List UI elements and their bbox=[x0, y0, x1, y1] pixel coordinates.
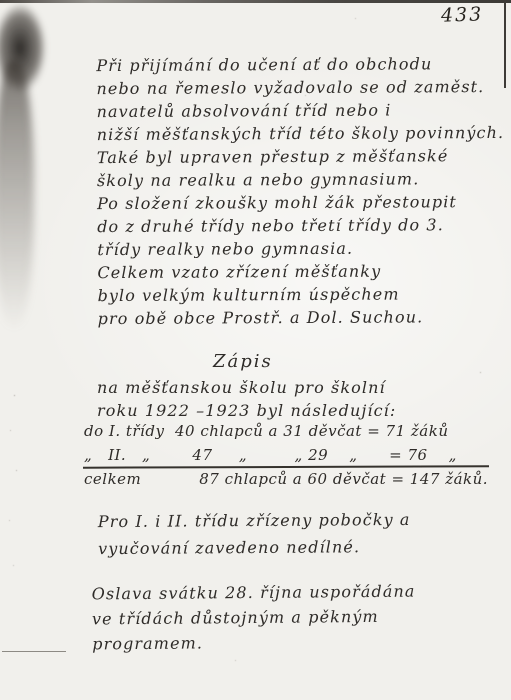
handwritten-line: navatelů absolvování tříd nebo i bbox=[97, 100, 505, 125]
handwritten-line: nižší měšťanských tříd této školy povinn… bbox=[97, 123, 505, 148]
handwritten-line: bylo velkým kulturním úspěchem bbox=[97, 284, 505, 309]
scan-artifact-bottom-mark bbox=[2, 651, 66, 652]
handwritten-line: školy na realku a nebo gymnasium. bbox=[97, 169, 505, 194]
scanned-chronicle-page: 433 Při přijímání do učení ať do obchodu… bbox=[0, 0, 511, 700]
handwritten-line: Oslava svátku 28. října uspořádána bbox=[92, 582, 416, 610]
paragraph-celebration: Oslava svátku 28. října uspořádána ve tř… bbox=[92, 582, 416, 660]
scan-artifact-speckles bbox=[0, 0, 1, 1]
handwritten-line: ve třídách důstojným a pěkným bbox=[92, 607, 416, 635]
handwritten-line: programem. bbox=[92, 632, 416, 660]
paragraph-admissions: Při přijímání do učení ať do obchodu neb… bbox=[96, 54, 505, 332]
handwritten-line: vyučování zavedeno nedílné. bbox=[98, 537, 411, 566]
handwritten-line: Po složení zkoušky mohl žák přestoupit bbox=[97, 192, 505, 217]
enrollment-row-class1: do I. třídy 40 chlapců a 31 děvčat = 71 … bbox=[84, 422, 449, 440]
page-edge-line bbox=[504, 0, 506, 88]
enrollment-row-class2: „ II. „ 47 „ „ 29 „ = 76 „ bbox=[84, 446, 457, 464]
handwritten-line: na měšťanskou školu pro školní bbox=[97, 378, 396, 401]
sum-rule-line bbox=[83, 465, 489, 468]
handwritten-line: do z druhé třídy nebo třetí třídy do 3. bbox=[97, 215, 505, 240]
handwritten-line: Celkem vzato zřízení měšťanky bbox=[97, 261, 505, 286]
paragraph-branches: Pro I. i II. třídu zřízeny pobočky a vyu… bbox=[98, 510, 411, 566]
handwritten-line: Také byl upraven přestup z měšťanské bbox=[97, 146, 505, 171]
page-number: 433 bbox=[441, 3, 484, 26]
handwritten-line: roku 1922 –1923 byl následující: bbox=[97, 401, 396, 424]
handwritten-line: pro obě obce Prostř. a Dol. Suchou. bbox=[98, 307, 506, 332]
section-heading-zapis: Zápis bbox=[213, 351, 273, 372]
paragraph-enrollment-intro: na měšťanskou školu pro školní roku 1922… bbox=[97, 378, 396, 424]
handwritten-line: Pro I. i II. třídu zřízeny pobočky a bbox=[98, 510, 411, 539]
scan-artifact-binding-streak bbox=[0, 60, 34, 330]
handwritten-line: nebo na řemeslo vyžadovalo se od zaměst. bbox=[96, 77, 504, 102]
scan-artifact-top-edge bbox=[0, 0, 511, 3]
enrollment-row-total: celkem 87 chlapců a 60 děvčat = 147 žáků… bbox=[84, 470, 488, 488]
handwritten-line: Při přijímání do učení ať do obchodu bbox=[96, 54, 504, 79]
handwritten-line: třídy realky nebo gymnasia. bbox=[97, 238, 505, 263]
